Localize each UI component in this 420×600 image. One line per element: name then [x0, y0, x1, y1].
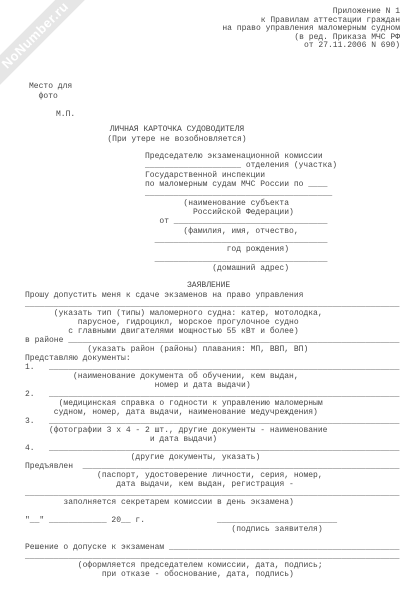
text-line: парусное, гидроцикл, морское прогулочное…: [25, 318, 399, 327]
text-line: 2. _____________________________________…: [25, 390, 399, 399]
text-line: Предъявлен _____________________________…: [25, 462, 399, 471]
document-page: { "watermark": { "text": "NoNumber.ru" }…: [0, 0, 420, 600]
document-title: ЛИЧНАЯ КАРТОЧКА СУДОВОДИТЕЛЯ(При утере н…: [106, 125, 248, 145]
text-line: 4. _____________________________________…: [25, 444, 399, 453]
photo-placeholder: Место для фото: [29, 82, 72, 101]
text-line: _______________________________________: [145, 189, 337, 198]
text-line: судном, номер, дата выдачи, наименование…: [25, 408, 399, 417]
text-line: ____________________________________: [145, 255, 337, 264]
application-body: Прошу допустить меня к сдаче экзаменов н…: [25, 291, 399, 579]
text-line: (указать район (районы) плавания: МП, ВВ…: [25, 345, 399, 354]
text-line: (фотографии 3 x 4 - 2 шт., другие докуме…: [25, 426, 399, 435]
text-line: Российской Федерации): [145, 208, 337, 217]
text-line: Место для: [29, 82, 72, 92]
text-line: 1. _____________________________________…: [25, 363, 399, 372]
annex-note: Приложение N 1к Правилам аттестации граж…: [222, 8, 400, 51]
text-line: (паспорт, удостоверение личности, серия,…: [25, 471, 399, 480]
text-line: Решение о допуске к экзаменам __________…: [25, 543, 399, 552]
text-line: [25, 534, 399, 543]
text-line: Представляю документы:: [25, 354, 399, 363]
application-heading: ЗАЯВЛЕНИЕ: [187, 281, 230, 290]
text-line: от 27.11.2006 N 690): [222, 42, 400, 51]
text-line: ________________________________________…: [25, 300, 399, 309]
addressee-block: Председателю экзаменационной комиссии___…: [145, 152, 337, 273]
text-line: [25, 507, 399, 516]
text-line: ________________________________________…: [25, 552, 399, 561]
stamp-mark: М.П.: [56, 110, 75, 119]
text-line: (При утере не возобновляется): [106, 135, 248, 145]
watermark-text: NoNumber.ru: [0, 0, 71, 71]
text-line: (домашний адрес): [145, 264, 337, 273]
text-line: (другие документы, указать): [25, 453, 399, 462]
text-line: по маломерным судам МЧС России по ____: [145, 180, 337, 189]
text-line: год рождения): [145, 245, 337, 254]
text-line: 3. _____________________________________…: [25, 417, 399, 426]
text-line: ____________________________________: [145, 236, 337, 245]
text-line: при отказе - обоснование, дата, подпись): [25, 570, 399, 579]
text-line: (оформляется председателем комиссии, дат…: [25, 561, 399, 570]
text-line: (подпись заявителя): [25, 525, 399, 534]
text-line: (указать тип (типы) маломерного судна: к…: [25, 309, 399, 318]
text-line: (фамилия, имя, отчество,: [145, 227, 337, 236]
text-line: ЛИЧНАЯ КАРТОЧКА СУДОВОДИТЕЛЯ: [106, 125, 248, 135]
text-line: заполняется секретарем комиссии в день э…: [25, 498, 399, 507]
text-line: "__" ____________ 20__ г. ______________…: [25, 516, 399, 525]
text-line: фото: [29, 92, 72, 102]
text-line: Председателю экзаменационной комиссии: [145, 152, 337, 161]
text-line: (медицинская справка о годности к управл…: [25, 399, 399, 408]
text-line: с главными двигателями мощностью 55 кВт …: [25, 327, 399, 336]
text-line: (наименование субъекта: [145, 199, 337, 208]
text-line: Прошу допустить меня к сдаче экзаменов н…: [25, 291, 399, 300]
text-line: Государственной инспекции: [145, 171, 337, 180]
text-line: дата выдачи, кем выдан, регистрация -: [25, 480, 399, 489]
text-line: и дата выдачи): [25, 435, 399, 444]
text-line: (наименование документа об обучении, кем…: [25, 372, 399, 381]
text-line: в районе _______________________________…: [25, 336, 399, 345]
text-line: номер и дата выдачи): [25, 381, 399, 390]
text-line: ____________________ отделения (участка): [145, 161, 337, 170]
text-line: от ________________________________: [145, 217, 337, 226]
text-line: ________________________________________…: [25, 489, 399, 498]
